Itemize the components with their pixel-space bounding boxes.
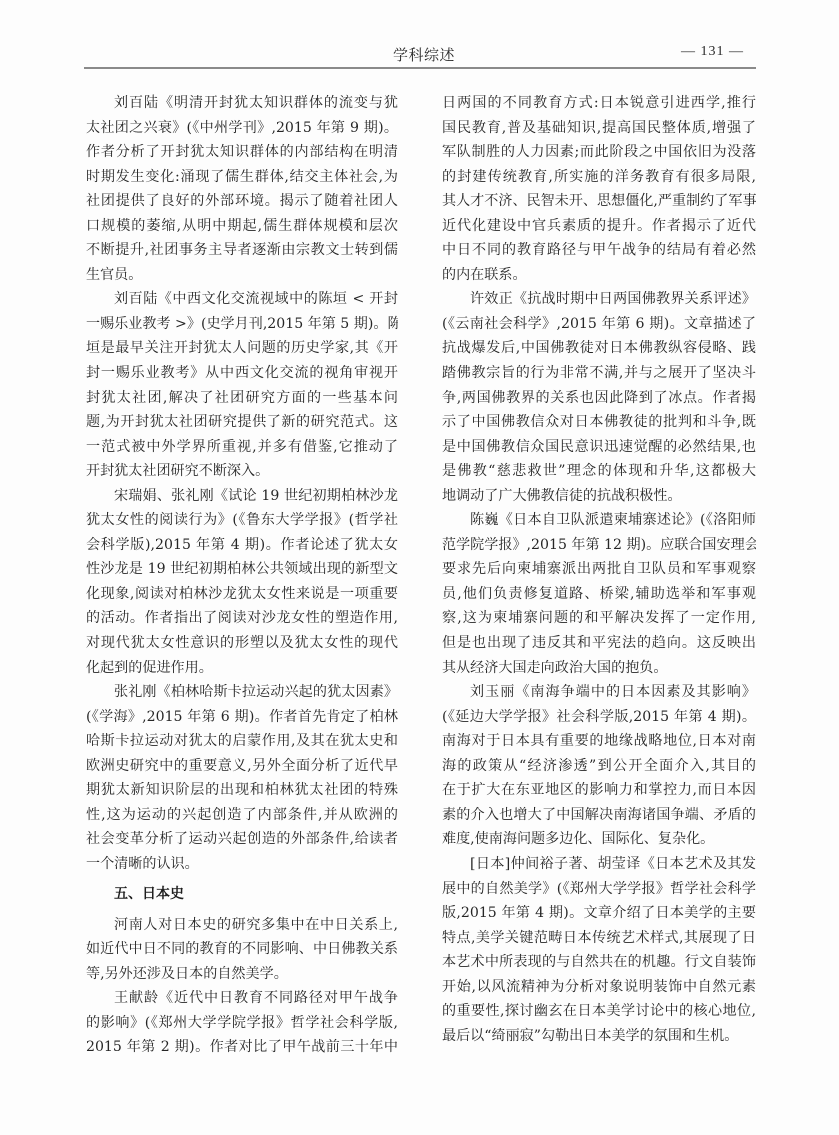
text-line: 如近代中日不同的教育的不同影响、中日佛教关系 [86, 937, 398, 962]
text-line: 欧洲史研究中的重要意义,另外全面分析了近代早 [86, 754, 398, 779]
text-line: 素的介入也增大了中国解决南海诸国争端、矛盾的 [442, 803, 756, 828]
text-line: 的活动。作者指出了阅读对沙龙女性的塑造作用, [86, 606, 398, 631]
text-line: 哈斯卡拉运动对犹太的启蒙作用,及其在犹太史和 [86, 729, 398, 754]
text-line: 作者分析了开封犹太知识群体的内部结构在明清 [86, 140, 398, 165]
text-line: (《云南社会科学》,2015 年第 6 期)。文章描述了 [442, 312, 756, 337]
text-line: 一赐乐业教考 >》(史学月刊,2015 年第 5 期)。陈 [86, 312, 398, 337]
text-line: 会科学版),2015 年第 4 期)。作者论述了犹太女 [86, 533, 398, 558]
text-line: 化现象,阅读对柏林沙龙犹太女性来说是一项重要 [86, 582, 398, 607]
text-line: 期犹太新知识阶层的出现和柏林犹太社团的特殊 [86, 778, 398, 803]
text-line: 不断提升,社团事务主导者逐渐由宗教文士转到儒 [86, 238, 398, 263]
text-line: 中日不同的教育路径与甲午战争的结局有着必然 [442, 238, 756, 263]
text-line: 一个清晰的认识。 [86, 852, 398, 877]
text-line: 开始,以风流精神为分析对象说明装饰中自然元素 [442, 975, 756, 1000]
text-line: 垣是最早关注开封犹太人问题的历史学家,其《开 [86, 336, 398, 361]
page-number: — 131 — [681, 44, 744, 66]
text-line: 宋瑞娟、张礼刚《试论 19 世纪初期柏林沙龙 [86, 484, 398, 509]
journal-page: 学科综述 — 131 — 刘百陆《明清开封犹太知识群体的流变与犹 太社团之兴衰》… [0, 0, 839, 1135]
text-line: 其人才不济、民智未开、思想僵化,严重制约了军事 [442, 189, 756, 214]
text-line: 刘玉丽《南海争端中的日本因素及其影响》 [442, 680, 756, 705]
paragraph-zhang-ligang: 张礼刚《柏林哈斯卡拉运动兴起的犹太因素》 (《学海》,2015 年第 6 期)。… [86, 680, 398, 876]
paragraph-liu-bailu-1: 刘百陆《明清开封犹太知识群体的流变与犹 太社团之兴衰》(《中州学刊》,2015 … [86, 91, 398, 287]
text-line: 本艺术中所表现的与自然共在的机趣。行文自装饰 [442, 950, 756, 975]
text-line: 范学院学报》,2015 年第 12 期)。应联合国安理会 [442, 533, 756, 558]
text-line: 对现代犹太女性意识的形塑以及犹太女性的现代 [86, 631, 398, 656]
text-line: 性沙龙是 19 世纪初期柏林公共领域出现的新型文 [86, 557, 398, 582]
text-line: 刘百陆《中西文化交流视域中的陈垣 < 开封 [86, 287, 398, 312]
text-line: 察,这为柬埔寨问题的和平解决发挥了一定作用, [442, 606, 756, 631]
text-line: 题,为开封犹太社团研究提供了新的研究范式。这 [86, 410, 398, 435]
paragraph-wang-xianling: 王献龄《近代中日教育不同路径对甲午战争 的影响》(《郑州大学学院学报》哲学社会科… [86, 986, 398, 1060]
header-rule [84, 67, 756, 69]
text-line: 日两国的不同教育方式:日本锐意引进西学,推行 [442, 91, 756, 116]
text-line: 一范式被中外学界所重视,并多有借鉴,它推动了 [86, 435, 398, 460]
text-line: 性,这为运动的兴起创造了内部条件,并从欧洲的 [86, 803, 398, 828]
text-line: 版,2015 年第 4 期)。文章介绍了日本美学的主要 [442, 901, 756, 926]
text-line: 2015 年第 2 期)。作者对比了甲午战前三十年中 [86, 1035, 398, 1060]
text-line: 军队制胜的人力因素;而此阶段之中国依旧为没落 [442, 140, 756, 165]
text-line: 太社团之兴衰》(《中州学刊》,2015 年第 9 期)。 [86, 116, 398, 141]
paragraph-liu-bailu-2: 刘百陆《中西文化交流视域中的陈垣 < 开封 一赐乐业教考 >》(史学月刊,201… [86, 287, 398, 483]
text-line: 近代化建设中官兵素质的提升。作者揭示了近代 [442, 214, 756, 239]
text-line: 要求先后向柬埔寨派出两批自卫队员和军事观察 [442, 557, 756, 582]
text-line: 化起到的促进作用。 [86, 656, 398, 681]
text-line: (《学海》,2015 年第 6 期)。作者首先肯定了柏林 [86, 705, 398, 730]
text-line: 员,他们负责修复道路、桥梁,辅助选举和军事观 [442, 582, 756, 607]
text-line: 封犹太社团,解决了社团研究方面的一些基本问 [86, 386, 398, 411]
text-line: 封一赐乐业教考》从中西文化交流的视角审视开 [86, 361, 398, 386]
text-line: 陈巍《日本自卫队派遣柬埔寨述论》(《洛阳师 [442, 508, 756, 533]
text-line: 踏佛教宗旨的行为非常不满,并与之展开了坚决斗 [442, 361, 756, 386]
text-line: 是佛教“慈悲救世”理念的体现和升华,这都极大 [442, 459, 756, 484]
text-line: 展中的自然美学》(《郑州大学学报》哲学社会科学 [442, 877, 756, 902]
text-line: 社团提供了良好的外部环境。揭示了随着社团人 [86, 189, 398, 214]
paragraph-nakama-hu: [日本]仲间裕子著、胡莹译《日本艺术及其发 展中的自然美学》(《郑州大学学报》哲… [442, 852, 756, 1048]
running-head-title: 学科综述 [393, 44, 455, 66]
paragraph-xu-xiaozheng: 许效正《抗战时期中日两国佛教界关系评述》 (《云南社会科学》,2015 年第 6… [442, 287, 756, 508]
text-line: 但是也出现了违反其和平宪法的趋向。这反映出 [442, 631, 756, 656]
text-line: 是中国佛教信众国民意识迅速觉醒的必然结果,也 [442, 435, 756, 460]
text-line: 生官员。 [86, 263, 398, 288]
text-line: 特点,美学关键范畴日本传统艺术样式,其展现了日 [442, 926, 756, 951]
text-line: 张礼刚《柏林哈斯卡拉运动兴起的犹太因素》 [86, 680, 398, 705]
text-line: 在于扩大在东亚地区的影响力和掌控力,而日本因 [442, 778, 756, 803]
text-line: 国民教育,普及基础知识,提高国民整体质,增强了 [442, 116, 756, 141]
paragraph-wang-xianling-continued: 日两国的不同教育方式:日本锐意引进西学,推行 国民教育,普及基础知识,提高国民整… [442, 91, 756, 287]
text-line: 河南人对日本史的研究多集中在中日关系上, [86, 913, 398, 938]
right-column: 日两国的不同教育方式:日本锐意引进西学,推行 国民教育,普及基础知识,提高国民整… [442, 91, 756, 1048]
text-line: 刘百陆《明清开封犹太知识群体的流变与犹 [86, 91, 398, 116]
paragraph-chen-wei: 陈巍《日本自卫队派遣柬埔寨述论》(《洛阳师 范学院学报》,2015 年第 12 … [442, 508, 756, 680]
text-line: 开封犹太社团研究不断深入。 [86, 459, 398, 484]
text-line: (《延边大学学报》社会科学版,2015 年第 4 期)。 [442, 705, 756, 730]
text-line: 海的政策从“经济渗透”到公开全面介入,其目的 [442, 754, 756, 779]
text-line: 许效正《抗战时期中日两国佛教界关系评述》 [442, 287, 756, 312]
text-line: 难度,使南海问题多边化、国际化、复杂化。 [442, 827, 756, 852]
text-line: 的内在联系。 [442, 263, 756, 288]
text-line: 的封建传统教育,所实施的洋务教育有很多局限, [442, 165, 756, 190]
text-line: 时期发生变化:涌现了儒生群体,结交主体社会,为 [86, 165, 398, 190]
text-line: 最后以“绮丽寂”勾勒出日本美学的氛围和生机。 [442, 1024, 756, 1049]
text-line: 犹太女性的阅读行为》(《鲁东大学学报》(哲学社 [86, 508, 398, 533]
text-line: 的影响》(《郑州大学学院学报》哲学社会科学版, [86, 1011, 398, 1036]
text-line: 社会变革分析了运动兴起创造的外部条件,给读者 [86, 827, 398, 852]
paragraph-liu-yuli: 刘玉丽《南海争端中的日本因素及其影响》 (《延边大学学报》社会科学版,2015 … [442, 680, 756, 852]
text-line: 口规模的萎缩,从明中期起,儒生群体规模和层次 [86, 214, 398, 239]
text-line: [日本]仲间裕子著、胡莹译《日本艺术及其发 [442, 852, 756, 877]
text-line: 的重要性,探讨幽玄在日本美学讨论中的核心地位, [442, 999, 756, 1024]
text-line: 示了中国佛教信众对日本佛教徒的批判和斗争,既 [442, 410, 756, 435]
paragraph-japan-intro: 河南人对日本史的研究多集中在中日关系上, 如近代中日不同的教育的不同影响、中日佛… [86, 913, 398, 987]
text-line: 抗战爆发后,中国佛教徒对日本佛教纵容侵略、践 [442, 336, 756, 361]
text-line: 争,两国佛教界的关系也因此降到了冰点。作者揭 [442, 386, 756, 411]
paragraph-song-zhang: 宋瑞娟、张礼刚《试论 19 世纪初期柏林沙龙 犹太女性的阅读行为》(《鲁东大学学… [86, 484, 398, 680]
text-line: 南海对于日本具有重要的地缘战略地位,日本对南 [442, 729, 756, 754]
text-line: 等,另外还涉及日本的自然美学。 [86, 962, 398, 987]
text-line: 其从经济大国走向政治大国的抱负。 [442, 656, 756, 681]
text-line: 王献龄《近代中日教育不同路径对甲午战争 [86, 986, 398, 1011]
text-line: 地调动了广大佛教信徒的抗战积极性。 [442, 484, 756, 509]
section-heading-japanese-history: 五、日本史 [86, 881, 398, 907]
left-column: 刘百陆《明清开封犹太知识群体的流变与犹 太社团之兴衰》(《中州学刊》,2015 … [86, 91, 398, 1060]
